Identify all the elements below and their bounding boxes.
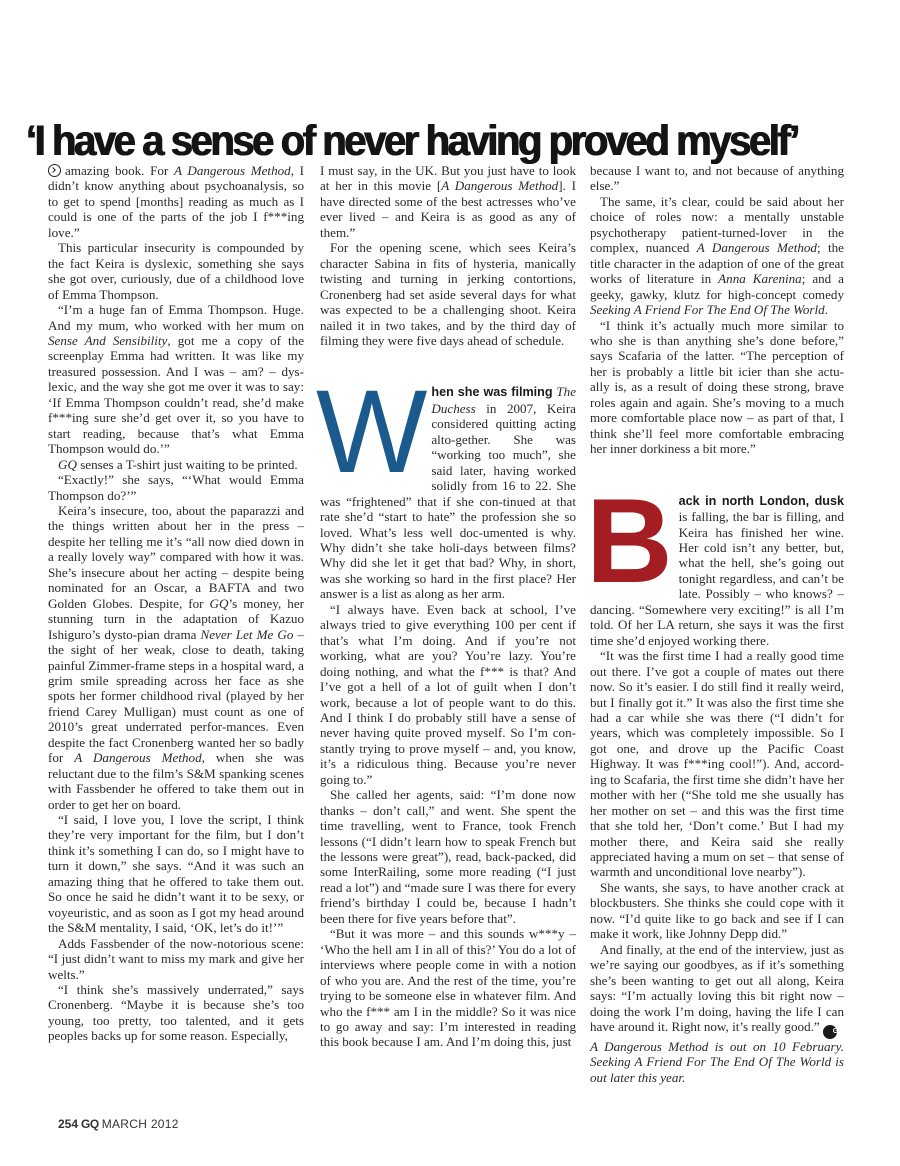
paragraph: “I said, I love you, I love the script, …	[48, 812, 304, 936]
section-break: Back in north London, dusk is falling, t…	[590, 493, 844, 649]
paragraph: She wants, she says, to have another cra…	[590, 880, 844, 942]
paragraph: “I think it’s actually much more similar…	[590, 318, 844, 457]
page-folio: 254GQMARCH 2012	[58, 1117, 179, 1131]
gq-end-mark-icon: GQ	[823, 1025, 837, 1039]
paragraph: “I think she’s massively underrated,” sa…	[48, 982, 304, 1044]
issue-date: MARCH 2012	[102, 1117, 179, 1131]
circle-arrow-right-icon	[48, 164, 61, 177]
paragraph: When she was filming The Duchess in 2007…	[320, 384, 576, 601]
paragraph: This particular insecurity is compounded…	[48, 240, 304, 302]
paragraph: amazing book. For A Dangerous Method, I …	[48, 163, 304, 240]
paragraph: I must say, in the UK. But you just have…	[320, 163, 576, 240]
paragraph: Back in north London, dusk is falling, t…	[590, 493, 844, 649]
article-column-1: amazing book. For A Dangerous Method, I …	[48, 163, 304, 1044]
paragraph: “But it was more – and this sounds w***y…	[320, 926, 576, 1050]
paragraph: “It was the first time I had a really go…	[590, 648, 844, 880]
lead-in: ack in north London, dusk	[679, 494, 844, 508]
paragraph: She called her agents, said: “I’m done n…	[320, 787, 576, 926]
paragraph: because I want to, and not because of an…	[590, 163, 844, 194]
paragraph: Adds Fassbender of the now-notorious sce…	[48, 936, 304, 982]
magazine-logo: GQ	[81, 1117, 99, 1131]
page-headline: ‘I have a sense of never having proved m…	[26, 117, 817, 166]
magazine-page: ‘I have a sense of never having proved m…	[0, 0, 900, 1166]
release-footnote: A Dangerous Method is out on 10 February…	[590, 1039, 844, 1085]
section-break: When she was filming The Duchess in 2007…	[320, 384, 576, 601]
page-number: 254	[58, 1117, 78, 1131]
drop-cap-w: W	[316, 386, 423, 478]
paragraph: “Exactly!” she says, “‘What would Emma T…	[48, 472, 304, 503]
paragraph: For the opening scene, which sees Keira’…	[320, 240, 576, 348]
paragraph: “I’m a huge fan of Emma Thompson. Huge. …	[48, 302, 304, 457]
paragraph: The same, it’s clear, could be said abou…	[590, 194, 844, 318]
paragraph: Keira’s insecure, too, about the paparaz…	[48, 503, 304, 812]
paragraph: GQ senses a T-shirt just waiting to be p…	[48, 457, 304, 472]
paragraph: “I always have. Even back at school, I’v…	[320, 602, 576, 787]
drop-cap-b: B	[586, 495, 669, 587]
lead-in: hen she was filming	[431, 385, 552, 399]
article-column-2: I must say, in the UK. But you just have…	[320, 163, 576, 1050]
paragraph: And finally, at the end of the interview…	[590, 942, 844, 1039]
article-column-3: because I want to, and not because of an…	[590, 163, 844, 1085]
